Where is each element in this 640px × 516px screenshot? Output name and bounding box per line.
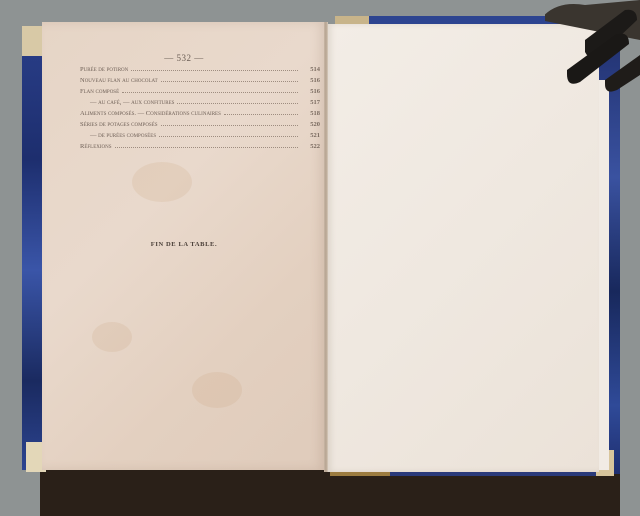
toc-entry-page: 516 (302, 77, 320, 84)
toc-entry-label: — de purées composées (80, 132, 156, 139)
toc-entry: Nouveau flan au chocolat516 (80, 77, 320, 88)
foxing-spot (92, 322, 132, 352)
toc-entry-page: 517 (302, 99, 320, 106)
toc-entry-page: 514 (302, 66, 320, 73)
end-of-table-text: FIN DE LA TABLE. (42, 241, 326, 248)
toc-entry: — de purées composées521 (80, 132, 320, 143)
table-of-contents: Purée de potiron514Nouveau flan au choco… (80, 66, 320, 154)
leader-dots (115, 146, 298, 148)
toc-entry: Séries de potages composés520 (80, 121, 320, 132)
leader-dots (131, 69, 298, 71)
left-board-corner-top (22, 26, 44, 56)
leader-dots (224, 113, 298, 115)
page-folio: — 532 — (42, 53, 326, 63)
foxing-spot (192, 372, 242, 408)
toc-entry-label: Aliments composés. — Considérations culi… (80, 110, 221, 117)
toc-entry-page: 520 (302, 121, 320, 128)
leader-dots (122, 91, 298, 93)
toc-entry-label: Nouveau flan au chocolat (80, 77, 158, 84)
toc-entry: Flan composé516 (80, 88, 320, 99)
toc-entry-page: 521 (302, 132, 320, 139)
toc-entry: Aliments composés. — Considérations culi… (80, 110, 320, 121)
toc-entry-page: 522 (302, 143, 320, 150)
toc-entry-label: Flan composé (80, 88, 119, 95)
leader-dots (159, 135, 298, 137)
foxing-spot (132, 162, 192, 202)
toc-entry: Purée de potiron514 (80, 66, 320, 77)
toc-entry-label: Séries de potages composés (80, 121, 158, 128)
toc-entry: — au café, — aux confitures517 (80, 99, 320, 110)
toc-entry-label: — au café, — aux confitures (80, 99, 174, 106)
toc-entry: Réflexions522 (80, 143, 320, 154)
leader-dots (177, 102, 298, 104)
toc-entry-label: Réflexions (80, 143, 112, 150)
hand-fingers-icon (545, 0, 640, 95)
leader-dots (161, 124, 298, 126)
leader-dots (161, 80, 298, 82)
toc-entry-page: 518 (302, 110, 320, 117)
toc-entry-page: 516 (302, 88, 320, 95)
toc-entry-label: Purée de potiron (80, 66, 128, 73)
left-board (22, 26, 44, 470)
